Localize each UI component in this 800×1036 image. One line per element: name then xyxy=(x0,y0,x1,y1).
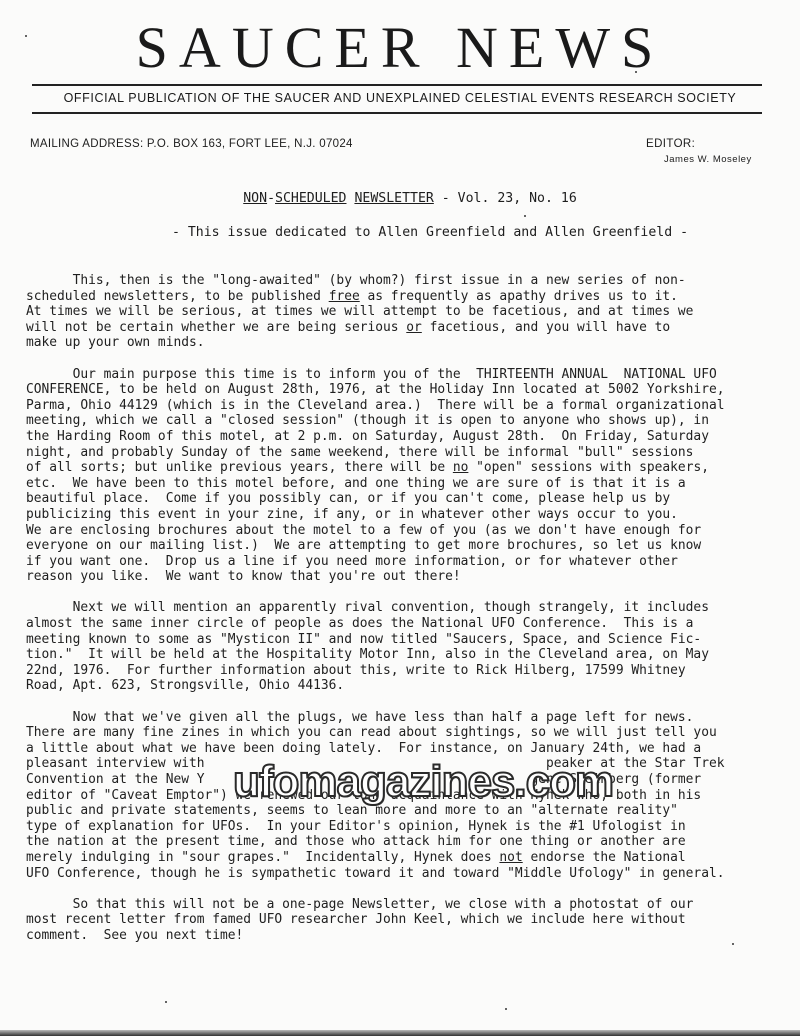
article-body: This, then is the "long-awaited" (by who… xyxy=(26,273,786,959)
editor-label: EDITOR: xyxy=(646,138,695,150)
scan-speck xyxy=(524,215,526,217)
publication-title: SAUCER NEWS xyxy=(0,14,800,81)
emphasis: not xyxy=(499,850,522,865)
editor-name: James W. Moseley xyxy=(664,154,752,165)
paragraph-5: So that this will not be a one-page News… xyxy=(26,897,786,944)
emphasis: or xyxy=(406,320,422,335)
title-newsletter: NEWSLETTER xyxy=(354,191,433,206)
newsletter-title: NON-SCHEDULED NEWSLETTER - Vol. 23, No. … xyxy=(0,191,800,206)
dedication: - This issue dedicated to Allen Greenfie… xyxy=(0,225,800,240)
paragraph-3: Next we will mention an apparently rival… xyxy=(26,600,786,694)
emphasis: no xyxy=(453,460,469,475)
scan-speck xyxy=(165,1001,167,1003)
paragraph-1: This, then is the "long-awaited" (by who… xyxy=(26,273,786,351)
masthead-rule-bottom xyxy=(32,112,762,114)
paragraph-2: Our main purpose this time is to inform … xyxy=(26,367,786,585)
masthead-rule-top xyxy=(32,84,762,86)
scan-speck xyxy=(25,35,27,37)
publication-subtitle: OFFICIAL PUBLICATION OF THE SAUCER AND U… xyxy=(0,91,800,105)
mailing-address: MAILING ADDRESS: P.O. BOX 163, FORT LEE,… xyxy=(30,138,353,150)
issue-number: - Vol. 23, No. 16 xyxy=(434,191,577,206)
title-scheduled: SCHEDULED xyxy=(275,191,346,206)
scan-speck xyxy=(505,1008,507,1010)
scan-speck xyxy=(732,943,734,945)
scan-speck xyxy=(635,71,637,73)
title-non: NON xyxy=(243,191,267,206)
page-bottom-edge xyxy=(0,1030,800,1036)
watermark-logo: ufomagazines.com xyxy=(233,757,613,807)
emphasis: free xyxy=(329,289,360,304)
